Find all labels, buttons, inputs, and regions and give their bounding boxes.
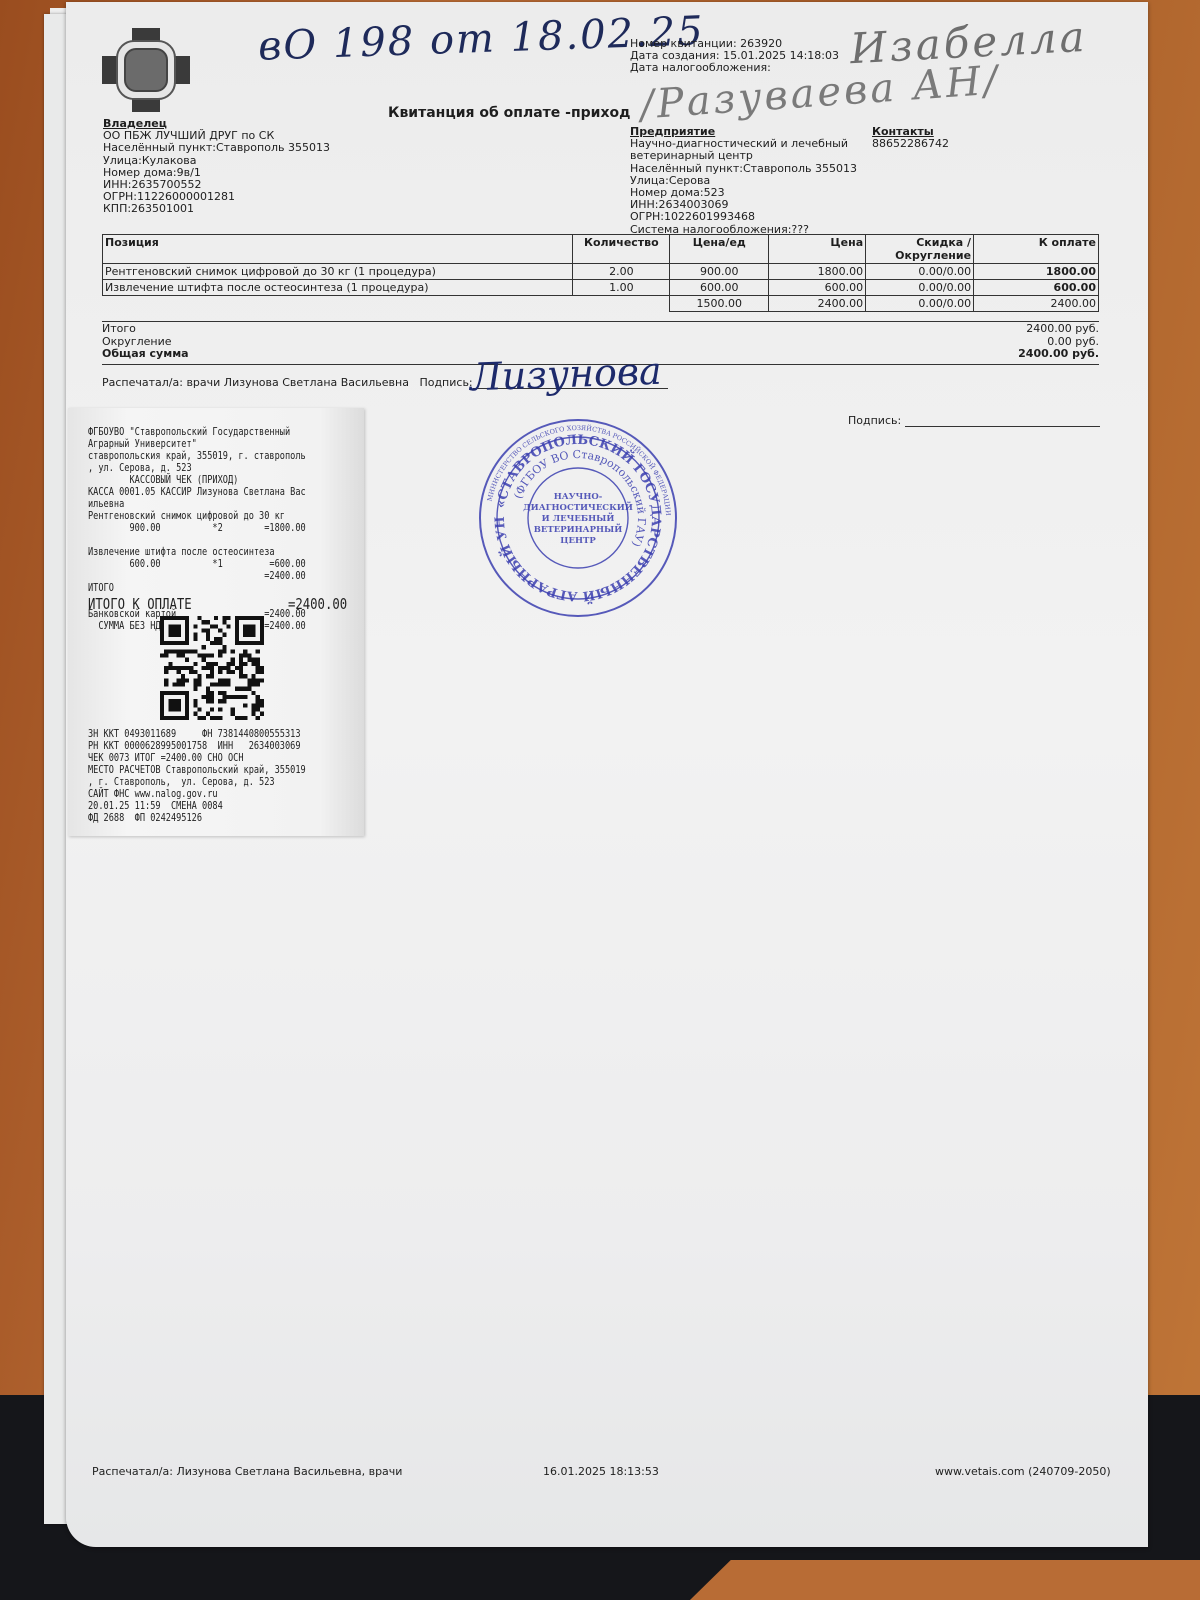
svg-text:НАУЧНО-: НАУЧНО- [554, 492, 603, 502]
table-row: Извлечение штифта после остеосинтеза (1 … [103, 280, 1099, 296]
subtotal-label: Итого [102, 323, 189, 336]
col-header-price: Цена [769, 235, 866, 264]
printed-by-text: Распечатал/а: врачи Лизунова Светлана Ва… [102, 376, 409, 389]
col-header-unit-price: Цена/ед [670, 235, 769, 264]
handwritten-signature: Лизунова [469, 349, 662, 400]
company-block: Предприятие Научно-диагностический и леч… [630, 126, 857, 236]
owner-line: КПП:263501001 [103, 203, 330, 215]
footer-software: www.vetais.com (240709-2050) [935, 1465, 1111, 1478]
second-signature-line: Подпись: [848, 414, 1100, 427]
summary-unit-price: 1500.00 [670, 296, 769, 312]
receipt-meta: Номер квитанции: 263920 Дата создания: 1… [630, 38, 839, 75]
cell-discount: 0.00/0.00 [866, 280, 974, 296]
company-line: ветеринарный центр [630, 150, 857, 162]
cell-price: 600.00 [769, 280, 866, 296]
col-header-discount: Скидка / Округление [866, 235, 974, 264]
col-header-quantity: Количество [573, 235, 670, 264]
footer-printed-by: Распечатал/а: Лизунова Светлана Васильев… [92, 1465, 402, 1478]
table-row: Рентгеновский снимок цифровой до 30 кг (… [103, 264, 1099, 280]
contact-phone: 88652286742 [872, 138, 949, 150]
qr-code [160, 616, 264, 720]
cell-unit-price: 900.00 [670, 264, 769, 280]
company-line: Населённый пункт:Ставрополь 355013 [630, 163, 857, 175]
receipt-header-text: ФГБОУВО "Ставропольский Государственный … [88, 426, 306, 594]
cell-quantity: 1.00 [573, 280, 670, 296]
official-stamp: МИНИСТЕРСТВО СЕЛЬСКОГО ХОЗЯЙСТВА РОССИЙС… [478, 418, 678, 618]
footer-timestamp: 16.01.2025 18:13:53 [543, 1465, 659, 1478]
desk-surface [690, 1560, 1200, 1600]
subtotal-value: 2400.00 руб. [1018, 323, 1099, 336]
table-summary-row: 1500.00 2400.00 0.00/0.00 2400.00 [103, 296, 1099, 312]
table-header-row: Позиция Количество Цена/ед Цена Скидка /… [103, 235, 1099, 264]
summary-discount: 0.00/0.00 [866, 296, 974, 312]
owner-line: Населённый пункт:Ставрополь 355013 [103, 142, 330, 154]
cell-unit-price: 600.00 [670, 280, 769, 296]
svg-text:ЦЕНТР: ЦЕНТР [560, 536, 596, 546]
owner-line: Улица:Кулакова [103, 155, 330, 167]
receipt-footer-text: ЗН ККТ 0493011689 ФН 7381440800555313 РН… [88, 728, 306, 824]
cell-price: 1800.00 [769, 264, 866, 280]
grand-total-value: 2400.00 руб. [1018, 348, 1099, 361]
company-line: ОГРН:1022601993468 [630, 211, 857, 223]
col-header-to-pay: К оплате [974, 235, 1099, 264]
cell-to-pay: 1800.00 [974, 264, 1099, 280]
signature-label: Подпись: [419, 376, 472, 389]
cash-register-receipt: ФГБОУВО "Ставропольский Государственный … [68, 408, 364, 836]
cell-discount: 0.00/0.00 [866, 264, 974, 280]
cell-position: Рентгеновский снимок цифровой до 30 кг (… [103, 264, 573, 280]
signature-line [905, 415, 1100, 427]
signature-label: Подпись: [848, 414, 901, 427]
cell-to-pay: 600.00 [974, 280, 1099, 296]
owner-block: Владелец ОО ПБЖ ЛУЧШИЙ ДРУГ по СК Населё… [103, 118, 330, 216]
items-table: Позиция Количество Цена/ед Цена Скидка /… [102, 234, 1099, 312]
cell-position: Извлечение штифта после остеосинтеза (1 … [103, 280, 573, 296]
col-header-position: Позиция [103, 235, 573, 264]
grand-total-label: Общая сумма [102, 348, 189, 361]
tax-date: Дата налогообложения: [630, 62, 839, 74]
page-title: Квитанция об оплате -приход [388, 105, 630, 121]
summary-price: 2400.00 [769, 296, 866, 312]
cell-quantity: 2.00 [573, 264, 670, 280]
summary-to-pay: 2400.00 [974, 296, 1099, 312]
contacts-block: Контакты 88652286742 [872, 126, 949, 150]
clinic-logo [102, 28, 190, 112]
